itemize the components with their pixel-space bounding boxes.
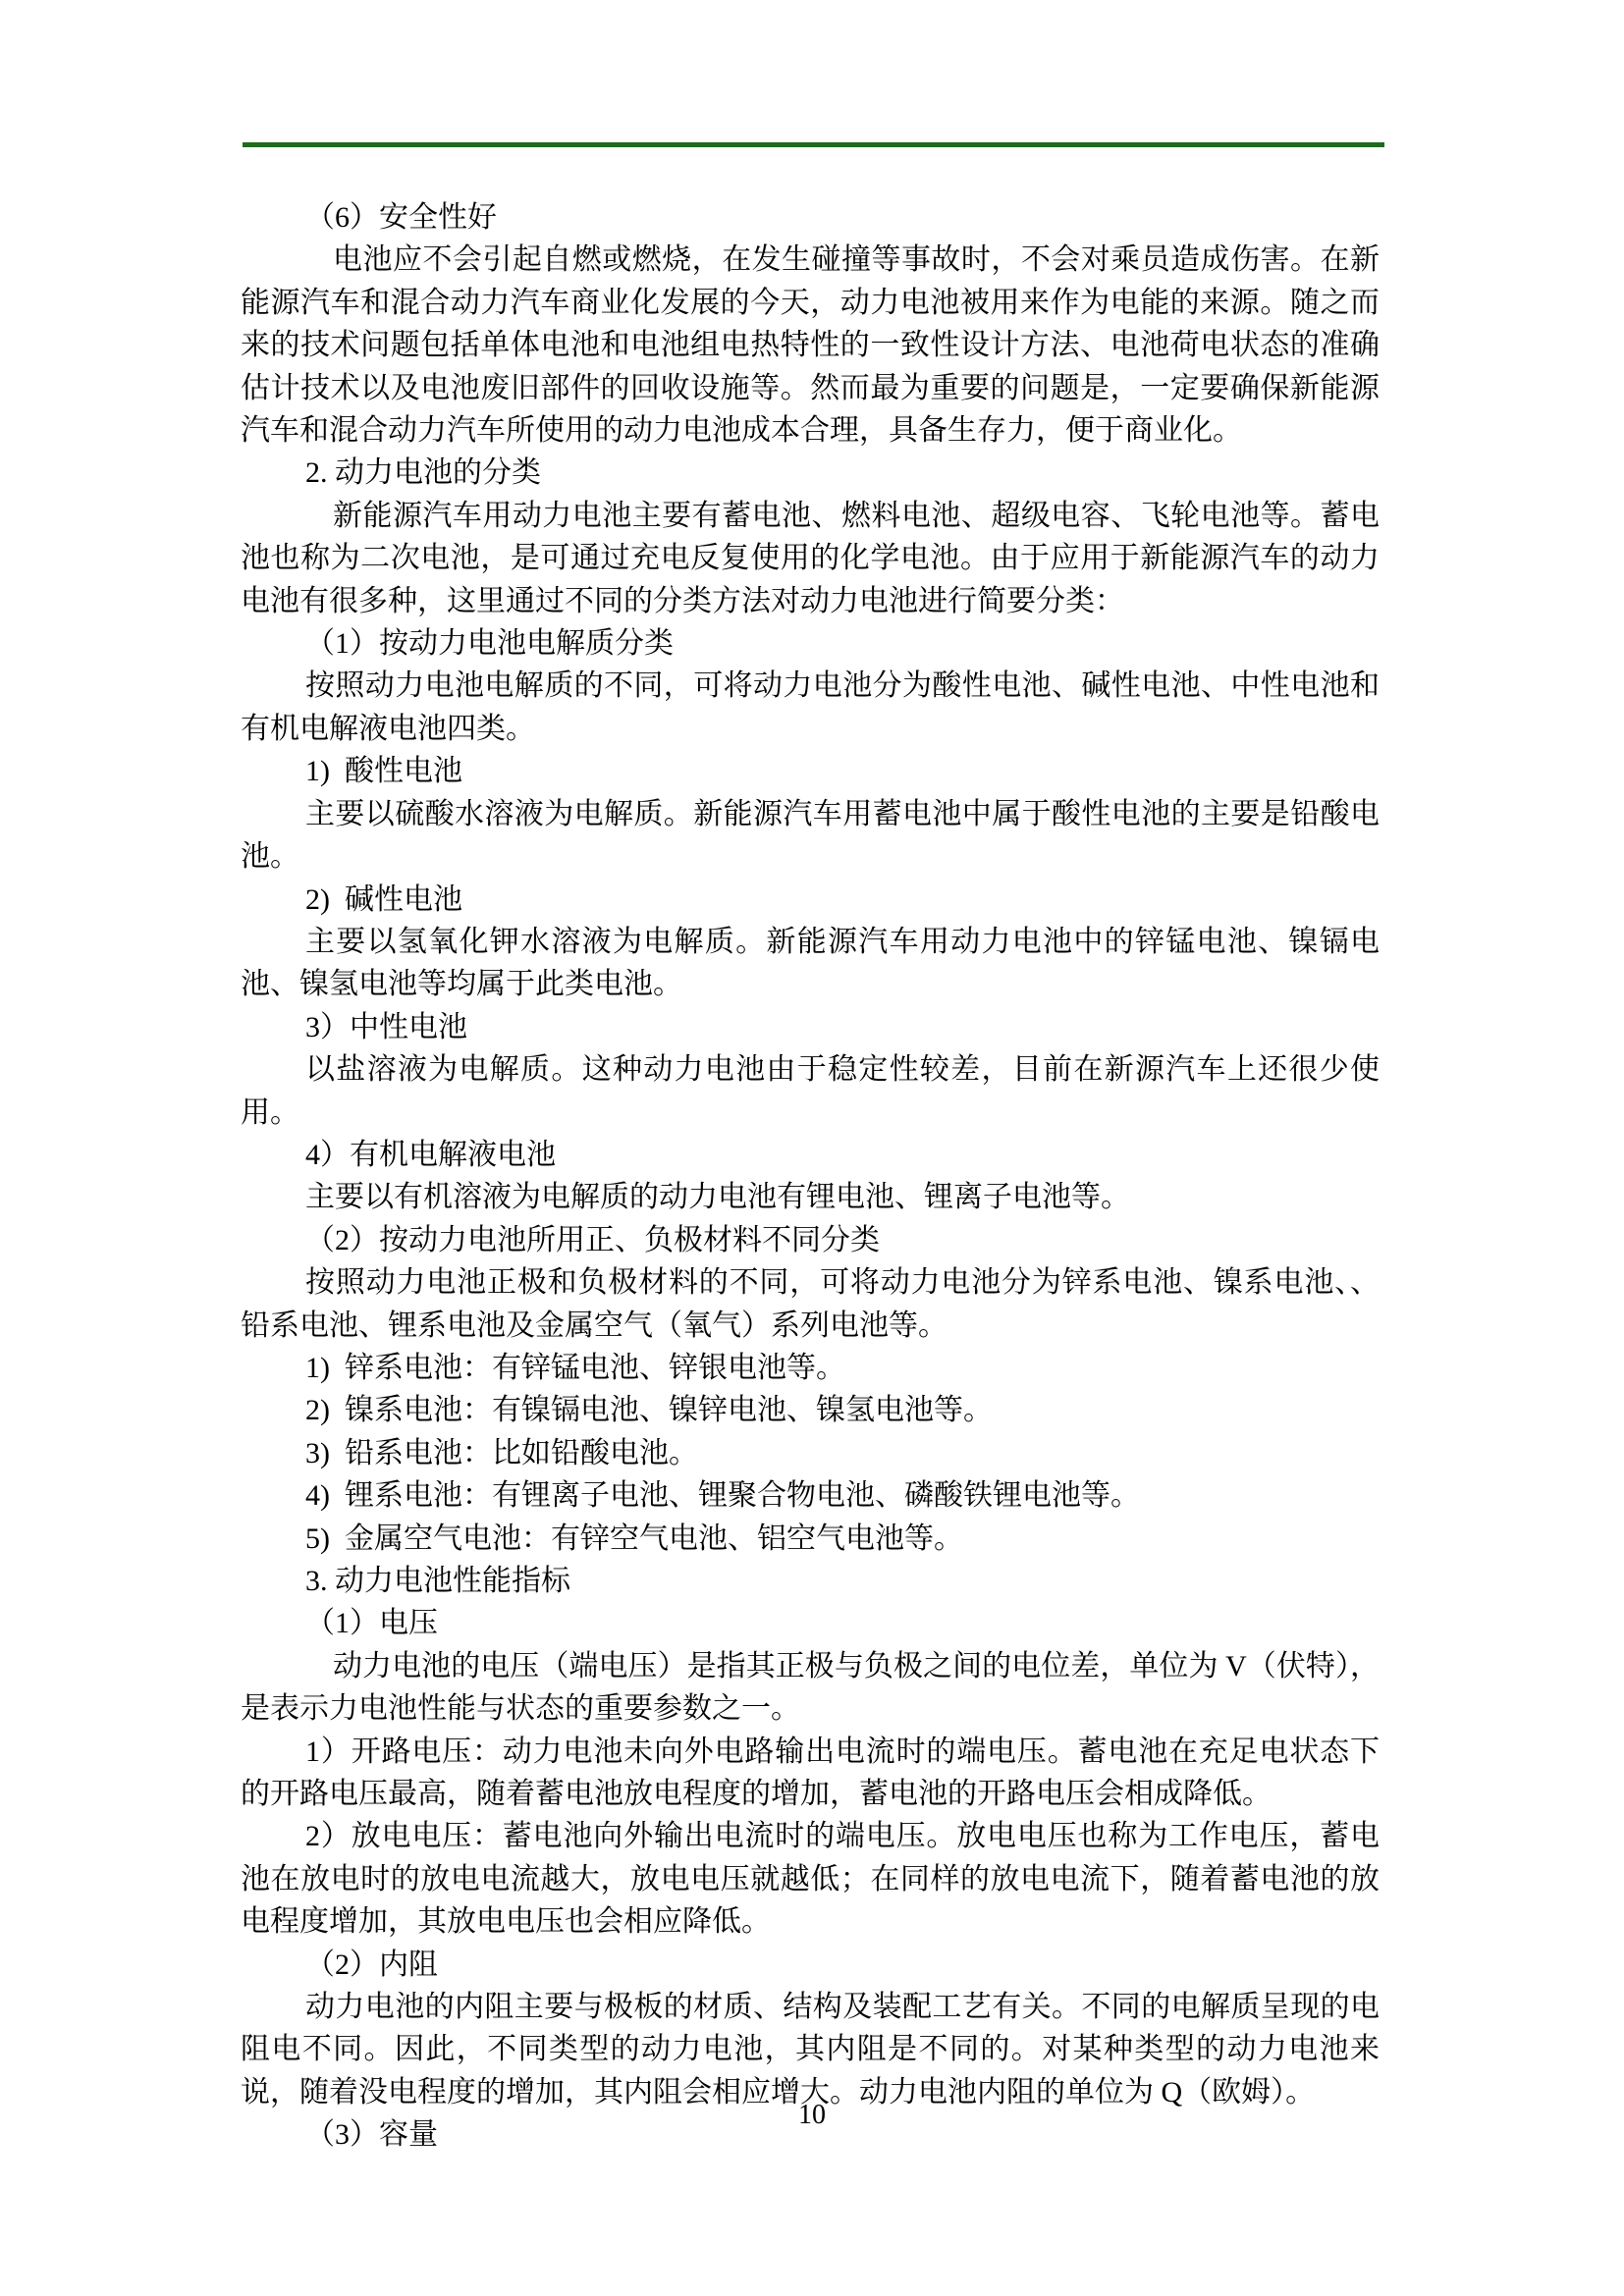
- list-item: 1) 锌系电池：有锌锰电池、锌银电池等。: [241, 1347, 1380, 1389]
- paragraph: 主要以氢氧化钾水溶液为电解质。新能源汽车用动力电池中的锌锰电池、镍镉电池、镍氢电…: [241, 921, 1380, 1006]
- heading: （6）安全性好: [241, 196, 1380, 239]
- heading: （2）内阻: [241, 1944, 1380, 1986]
- document-body: （6）安全性好电池应不会引起自燃或燃烧，在发生碰撞等事故时，不会对乘员造成伤害。…: [241, 196, 1380, 2157]
- list-item: 4) 锂系电池：有锂离子电池、锂聚合物电池、磷酸铁锂电池等。: [241, 1474, 1380, 1517]
- heading: 3. 动力电池性能指标: [241, 1560, 1380, 1602]
- list-item: 4）有机电解液电池: [241, 1134, 1380, 1176]
- heading: 2. 动力电池的分类: [241, 452, 1380, 494]
- paragraph: 新能源汽车用动力电池主要有蓄电池、燃料电池、超级电容、飞轮电池等。蓄电池也称为二…: [241, 495, 1380, 622]
- paragraph: 动力电池的内阻主要与极板的材质、结构及装配工艺有关。不同的电解质呈现的电阻电不同…: [241, 1986, 1380, 2113]
- list-item: 2) 碱性电池: [241, 879, 1380, 921]
- paragraph: 主要以有机溶液为电解质的动力电池有锂电池、锂离子电池等。: [241, 1176, 1380, 1218]
- list-item: 3）中性电池: [241, 1006, 1380, 1048]
- heading: （2）按动力电池所用正、负极材料不同分类: [241, 1219, 1380, 1261]
- list-item: 3) 铅系电池：比如铅酸电池。: [241, 1432, 1380, 1474]
- paragraph: 2）放电电压：蓄电池向外输出电流时的端电压。放电电压也称为工作电压，蓄电池在放电…: [241, 1815, 1380, 1943]
- list-item: 5) 金属空气电池：有锌空气电池、铝空气电池等。: [241, 1518, 1380, 1560]
- paragraph: 电池应不会引起自燃或燃烧，在发生碰撞等事故时，不会对乘员造成伤害。在新能源汽车和…: [241, 239, 1380, 452]
- document-page: （6）安全性好电池应不会引起自燃或燃烧，在发生碰撞等事故时，不会对乘员造成伤害。…: [0, 0, 1624, 2296]
- list-item: 1) 酸性电池: [241, 750, 1380, 792]
- heading: （1）电压: [241, 1602, 1380, 1644]
- paragraph: 以盐溶液为电解质。这种动力电池由于稳定性较差，目前在新源汽车上还很少使用。: [241, 1048, 1380, 1134]
- paragraph: 动力电池的电压（端电压）是指其正极与负极之间的电位差，单位为 V（伏特），是表示…: [241, 1645, 1380, 1731]
- heading: （1）按动力电池电解质分类: [241, 622, 1380, 665]
- paragraph: 按照动力电池正极和负极材料的不同，可将动力电池分为锌系电池、镍系电池、、铅系电池…: [241, 1261, 1380, 1347]
- list-item: 2) 镍系电池：有镍镉电池、镍锌电池、镍氢电池等。: [241, 1389, 1380, 1431]
- paragraph: 1）开路电压：动力电池未向外电路输出电流时的端电压。蓄电池在充足电状态下的开路电…: [241, 1731, 1380, 1816]
- paragraph: 主要以硫酸水溶液为电解质。新能源汽车用蓄电池中属于酸性电池的主要是铅酸电池。: [241, 793, 1380, 879]
- paragraph: 按照动力电池电解质的不同，可将动力电池分为酸性电池、碱性电池、中性电池和有机电解…: [241, 665, 1380, 750]
- header-divider: [243, 142, 1384, 147]
- page-number: 10: [0, 2099, 1624, 2132]
